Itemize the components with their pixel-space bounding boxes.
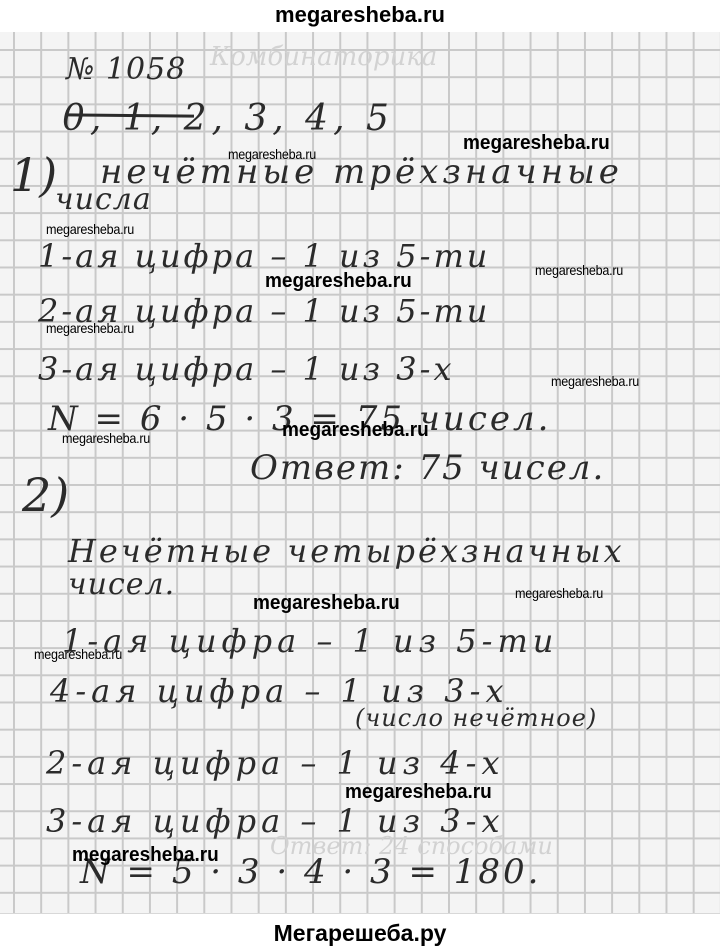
part1-label: 1) [10, 152, 57, 198]
part2-line: 3-ая цифра – 1 из 3-х [46, 802, 504, 840]
watermark: megaresheba.ru [46, 221, 134, 237]
part1-answer: Ответ: 75 чисел. [250, 448, 605, 488]
watermark: megaresheba.ru [253, 592, 400, 615]
part2-label: 2) [22, 472, 69, 518]
digit-set: 0, 1, 2, 3, 4, 5 [62, 98, 394, 139]
watermark: megaresheba.ru [228, 146, 316, 162]
watermark: megaresheba.ru [551, 373, 639, 389]
watermark: megaresheba.ru [265, 270, 412, 293]
watermark: megaresheba.ru [282, 419, 429, 442]
watermark: megaresheba.ru [463, 132, 610, 155]
part1-title: нечётные трёхзначные [100, 152, 623, 192]
watermark: megaresheba.ru [62, 430, 150, 446]
watermark: megaresheba.ru [34, 646, 122, 662]
site-header-watermark: megaresheba.ru [0, 0, 720, 32]
watermark: megaresheba.ru [46, 320, 134, 336]
notebook-page: Комбинаторика Ответ: 24 способами № 1058… [0, 32, 720, 914]
problem-number: № 1058 [66, 52, 186, 87]
watermark: megaresheba.ru [72, 844, 219, 867]
bleedthrough-text: Комбинаторика [210, 42, 437, 72]
part2-title-cont: чисел. [68, 567, 175, 602]
watermark: megaresheba.ru [345, 781, 492, 804]
site-footer-brand: Мегарешеба.ру [0, 914, 720, 949]
part1-title-cont: числа [55, 182, 152, 217]
part2-note: (число нечётное) [355, 704, 597, 732]
watermark: megaresheba.ru [515, 585, 603, 601]
watermark: megaresheba.ru [535, 262, 623, 278]
part1-line: 3-ая цифра – 1 из 3-х [38, 350, 454, 388]
part2-title: Нечётные четырёхзначных [68, 532, 625, 570]
part2-line: 1-ая цифра – 1 из 5-ти [62, 622, 558, 660]
part2-line: 2-ая цифра – 1 из 4-х [46, 744, 504, 782]
